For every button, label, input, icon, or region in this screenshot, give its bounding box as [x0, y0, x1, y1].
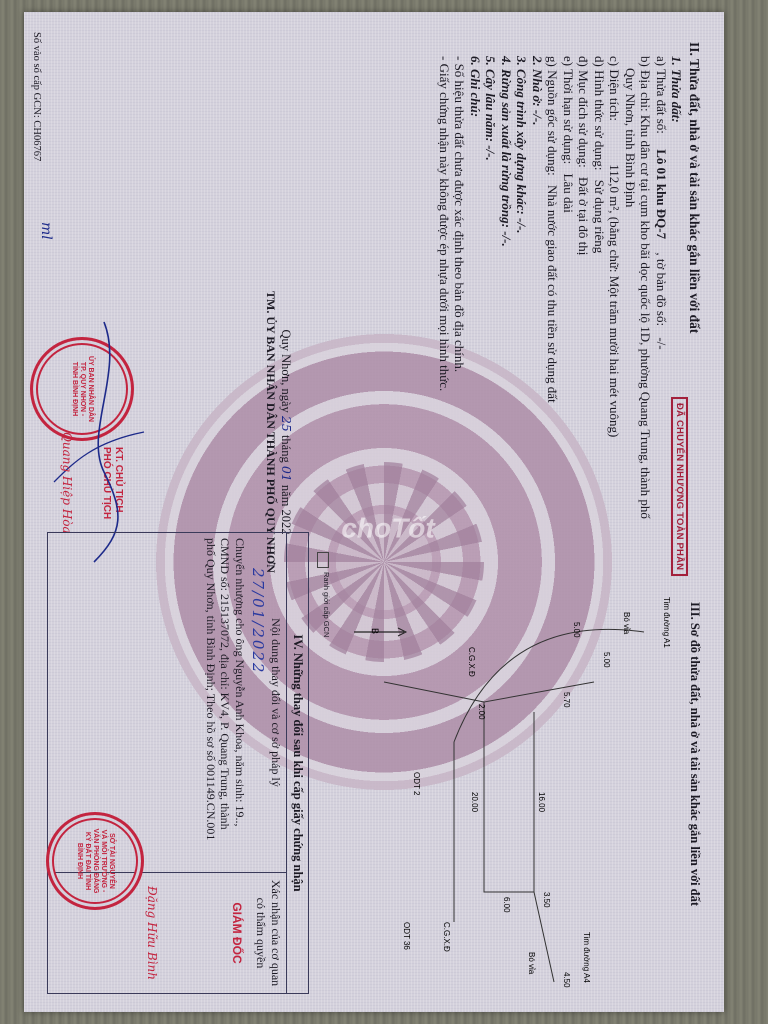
section-2-land-info: II. Thửa đất, nhà ở và tài sản khác gắn … — [437, 42, 703, 602]
address-row: b) Địa chỉ: Khu dân cư tại cụm kho bãi d… — [638, 42, 654, 602]
registry-initials: ml — [38, 222, 54, 240]
director-title: GIÁM ĐỐC — [230, 878, 245, 988]
planted-forest-row: 4. Rừng sản xuất là rừng trồng: -/-. — [499, 42, 515, 602]
svg-text:5.70: 5.70 — [562, 692, 571, 708]
confirm-column-header: Xác nhận của cơ quan có thẩm quyền — [254, 878, 283, 988]
svg-text:16.00: 16.00 — [537, 792, 546, 813]
certificate-sheet: II. Thửa đất, nhà ở và tài sản khác gắn … — [24, 12, 724, 1012]
legend-box-icon — [317, 552, 329, 568]
parcel-number-row: a) Thửa đất số: Lô 01 khu ĐQ-7 , tờ bản … — [654, 42, 670, 602]
other-works-row: 3. Công trình xây dựng khác: -/-. — [514, 42, 530, 602]
section-2-title: II. Thửa đất, nhà ở và tài sản khác gắn … — [687, 42, 703, 602]
change-entry-line: Chuyển nhượng cho ông Nguyễn Anh Khoa, n… — [233, 538, 248, 867]
chotot-watermark: choTốt — [341, 513, 434, 545]
perennial-trees-row: 5. Cây lâu năm: -/-. — [483, 42, 499, 602]
svg-text:Bó vỉa: Bó vỉa — [622, 612, 631, 635]
area-value: 112,0 m², (bằng chữ: Một trăm mười hai m… — [608, 164, 623, 437]
svg-text:20.00: 20.00 — [470, 792, 479, 813]
address-continued: Quy Nhơn, tỉnh Bình Định — [623, 42, 639, 602]
transferred-stamp: ĐÃ CHUYỂN NHƯỢNG TOÀN PHẦN — [671, 397, 688, 576]
section-4-title: IV. Những thay đổi sau khi cấp giấy chứn… — [286, 533, 308, 993]
svg-text:B: B — [370, 628, 380, 634]
land-registration-office-seal: SỞ TÀI NGUYÊN VÀ MÔI TRƯỜNG - VĂN PHÒNG … — [46, 812, 144, 910]
area-row: c) Diện tích: 112,0 m², (bằng chữ: Một t… — [607, 42, 623, 602]
issuer-signer-name: Quang Hiệp Hòa — [60, 432, 74, 534]
registry-number: Số vào sổ cấp GCN: CH06767 — [31, 32, 42, 161]
issue-day: 25 — [279, 416, 294, 432]
director-signer-name: Đặng Hữu Bình — [145, 878, 160, 988]
notes-heading: 6. Ghi chú: — [468, 42, 484, 602]
legend-label: Ranh giới cấp GCN — [322, 572, 331, 637]
note-item: - Số hiệu thửa đất chưa được xác định th… — [452, 42, 468, 602]
map-sheet-number: -/- — [654, 337, 669, 349]
svg-text:2.00: 2.00 — [477, 704, 486, 720]
change-entry-line: CMND số: 215137072, địa chỉ: KV4, P. Qua… — [218, 538, 233, 867]
section-3-title: III. Sơ đồ thửa đất, nhà ở và tài sản kh… — [687, 602, 702, 906]
usage-origin-row: g) Nguồn gốc sử dụng: Nhà nước giao đất … — [545, 42, 561, 602]
svg-text:C.G.X.Đ: C.G.X.Đ — [467, 647, 476, 677]
issue-month: 01 — [279, 466, 294, 482]
usage-term-row: e) Thời hạn sử dụng: Lâu dài — [561, 42, 577, 602]
svg-text:Bó vỉa: Bó vỉa — [527, 952, 536, 975]
note-item: - Giấy chứng nhận này không được ép nhựa… — [437, 42, 453, 602]
svg-text:6.00: 6.00 — [502, 897, 511, 913]
section-4-changes-table: IV. Những thay đổi sau khi cấp giấy chứn… — [47, 532, 309, 994]
address-value: Khu dân cư tại cụm kho bãi dọc quốc lộ 1… — [639, 115, 654, 519]
change-entry-line: phố Quy Nhơn, tỉnh Bình Định; Theo hồ sơ… — [204, 538, 219, 867]
usage-form-row: d) Hình thức sử dụng: Sử dụng riêng — [592, 42, 608, 602]
svg-text:5.00: 5.00 — [572, 622, 581, 638]
handwritten-change-date: 27/01/2022 — [251, 568, 266, 867]
svg-text:4.50: 4.50 — [562, 972, 571, 988]
parcel-number: Lô 01 khu ĐQ-7 — [654, 149, 669, 239]
svg-text:3.50: 3.50 — [542, 892, 551, 908]
content-column-header: Nội dung thay đổi và cơ sở pháp lý — [269, 538, 284, 867]
svg-text:5.00: 5.00 — [602, 652, 611, 668]
house-row: 2. Nhà ở: -/-. — [530, 42, 546, 602]
svg-text:Tim đường A1: Tim đường A1 — [662, 597, 671, 648]
parcel-diagram: 16.00 5.70 2.00 20.00 6.00 3.50 4.50 5.0… — [344, 592, 684, 1002]
svg-text:ODT 36: ODT 36 — [402, 922, 411, 950]
svg-text:ODT 2: ODT 2 — [412, 772, 421, 796]
usage-purpose-row: đ) Mục đích sử dụng: Đất ở tại đô thị — [576, 42, 592, 602]
svg-text:Tim đường A4: Tim đường A4 — [582, 932, 591, 983]
svg-text:C.G.X.Đ: C.G.X.Đ — [442, 922, 451, 952]
